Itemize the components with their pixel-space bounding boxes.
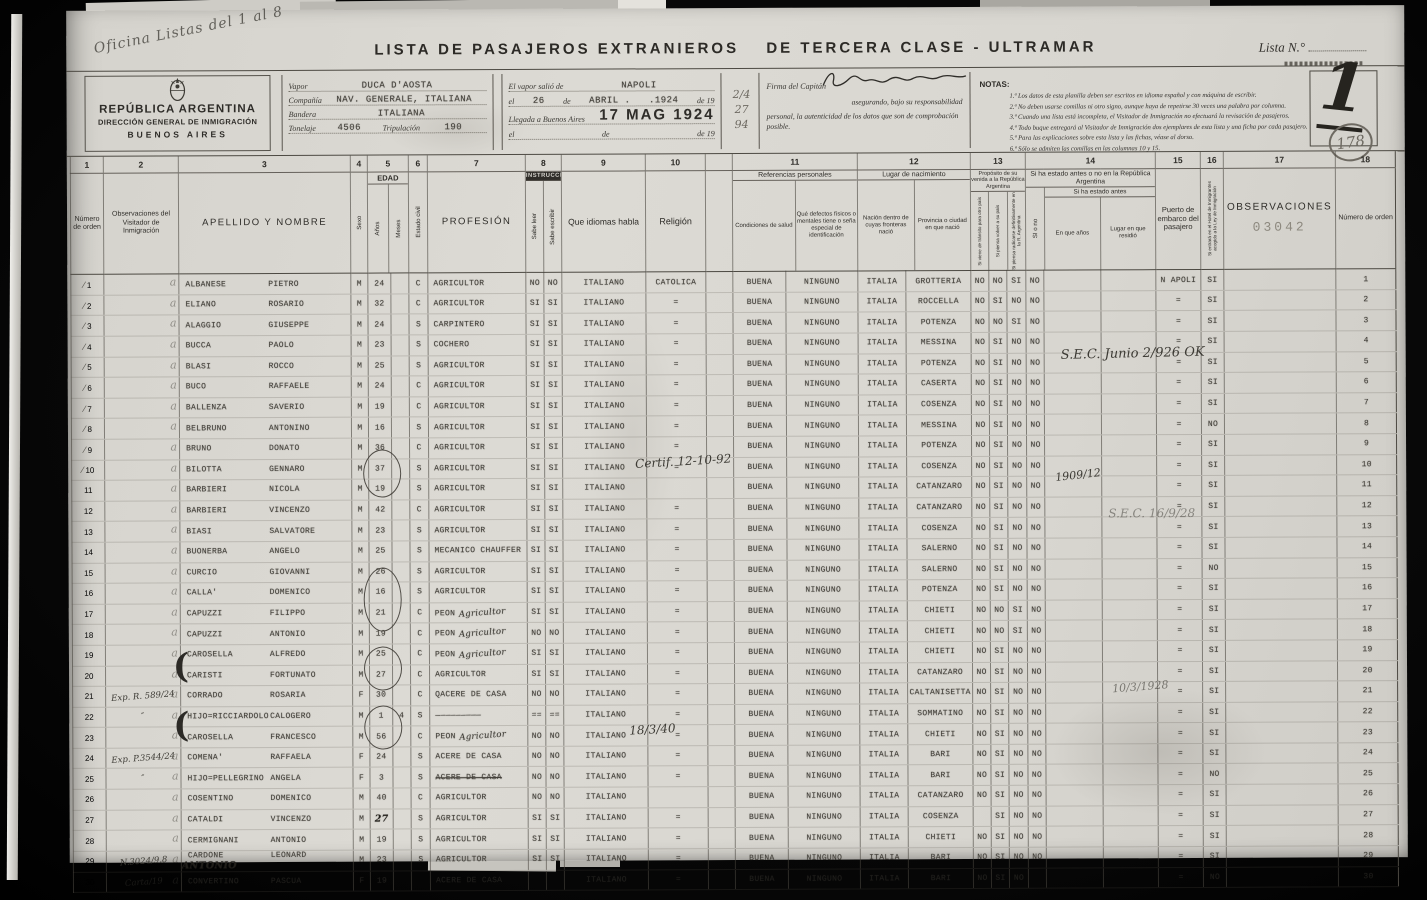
cell-hotel-flag: SI [1201, 331, 1224, 352]
cell-age-months [391, 273, 409, 294]
cell-transit-flag: NO [973, 744, 991, 765]
cell-civil-status: C [410, 500, 429, 521]
cell-prior-place [1101, 270, 1156, 291]
cell-nation: ITALIA [859, 642, 907, 663]
cell-visitor-observations: a [105, 583, 180, 604]
cell-settle-flag: NO [1009, 826, 1028, 847]
cell-profession: AGRICULTOR [430, 664, 528, 685]
cell-been-before-flag: NO [1027, 538, 1045, 559]
cell-been-before-flag: NO [1027, 641, 1045, 662]
cell-nation: ITALIA [859, 518, 907, 539]
cell-blank [707, 560, 734, 581]
cell-settle-flag: SI [1007, 270, 1026, 291]
cell-province: CHIETI [908, 827, 973, 848]
cell-visitor-observations: ″a [106, 768, 181, 789]
cell-religion: = [647, 457, 707, 478]
cell-writes: SI [546, 849, 564, 870]
cell-reads: SI [527, 478, 545, 499]
cell-health: BUENA [734, 436, 787, 457]
cell-writes: SI [545, 561, 563, 582]
cell-civil-status: S [410, 582, 429, 603]
cell-visitor-observations: Exp. P.3544/24a [106, 748, 181, 769]
salio-label: El vapor salió de [508, 82, 563, 91]
salio-year: .1924 [649, 95, 679, 105]
cell-profession: AGRICULTOR [430, 829, 528, 850]
cell-embarkation-port: = [1156, 352, 1201, 373]
cell-religion: = [648, 746, 708, 767]
cell-been-before-flag: NO [1027, 497, 1045, 518]
cell-settle-flag: NO [1009, 785, 1028, 806]
cell-observations [1224, 372, 1336, 393]
cell-civil-status: C [411, 685, 430, 706]
cell-defects: NINGUNO [786, 271, 858, 292]
cell-religion: = [648, 704, 708, 725]
header-lugar-nacimiento-group: Lugar de nacimiento Nación dentro de cuy… [858, 170, 970, 271]
cell-defects: NINGUNO [786, 333, 858, 354]
cell-profession: AGRICULTOR [428, 396, 526, 417]
cell-observations [1224, 393, 1336, 414]
cell-order-number: 30 [73, 872, 106, 893]
cell-observations [1226, 702, 1338, 723]
cell-profession: AGRICULTOR [429, 561, 527, 582]
cell-order-number: ∕3 [71, 316, 104, 337]
cell-prior-place [1101, 414, 1156, 435]
cell-sex: M [352, 603, 369, 624]
cell-religion: = [647, 437, 707, 458]
cell-reads: SI [528, 829, 546, 850]
cell-defects: NINGUNO [786, 415, 858, 436]
captain-box: Firma del Capitán asegurando, bajo su re… [758, 72, 970, 149]
cell-nation: ITALIA [859, 498, 907, 519]
cell-hotel-flag: SI [1202, 517, 1225, 538]
cell-province: BARI [908, 744, 973, 765]
cell-return-flag: SI [990, 538, 1008, 559]
cell-age-years: 19 [370, 829, 393, 850]
cell-profession: AGRICULTOR [429, 582, 527, 603]
cell-return-flag: SI [990, 456, 1008, 477]
cell-age-years: 19 [370, 871, 393, 892]
cell-embarkation-port: = [1157, 496, 1202, 517]
cell-been-before-flag: NO [1027, 600, 1045, 621]
cell-writes: SI [545, 581, 563, 602]
cell-age-years: 23 [369, 520, 392, 541]
cell-name: ALBANESEPIETRO [179, 273, 351, 294]
cell-prior-place [1102, 538, 1157, 559]
cell-visitor-observations: a [104, 295, 179, 316]
cell-age-years: 27 [370, 809, 393, 830]
cell-civil-status: C [410, 438, 429, 459]
cell-language: ITALIANO [563, 437, 647, 458]
cell-sex: M [352, 623, 369, 644]
margin-pencil-numbers: 2/4 27 94 [726, 87, 756, 132]
cell-visitor-observations: a [104, 336, 179, 357]
cell-language: ITALIANO [563, 643, 647, 664]
cell-hotel-flag: SI [1203, 743, 1226, 764]
cell-writes: SI [544, 396, 562, 417]
cell-order-number-right: 15 [1337, 557, 1397, 578]
cell-name: CURCIOGIOVANNI [180, 562, 352, 583]
cell-writes: SI [546, 829, 564, 850]
cell-profession: PEONAgricultor [429, 623, 527, 644]
cell-profession: ACERE DE CASA [430, 746, 528, 767]
cell-order-number: 19 [72, 645, 105, 666]
cell-name: BUCORAFFAELE [179, 376, 351, 397]
cell-hotel-flag: SI [1202, 496, 1225, 517]
cell-age-years: 37 [369, 459, 392, 480]
cell-prior-place [1102, 496, 1157, 517]
cell-blank [708, 745, 735, 766]
cell-health: BUENA [735, 869, 788, 890]
cell-order-number: ∕8 [71, 419, 104, 440]
photo-background: Oficina Listas del 1 al 8 LISTA DE PASAJ… [0, 0, 1427, 900]
cell-health: BUENA [735, 683, 788, 704]
cell-order-number-right: 28 [1338, 825, 1398, 846]
cell-embarkation-port: = [1158, 805, 1203, 826]
cell-province: ROCCELLA [906, 291, 971, 312]
cell-blank [708, 766, 735, 787]
cell-age-years: 30 [370, 685, 393, 706]
cell-order-number: 18 [72, 625, 105, 646]
cell-civil-status: S [410, 458, 429, 479]
cell-reads: SI [527, 437, 545, 458]
cell-age-years: 21 [369, 603, 392, 624]
cell-sex: M [352, 500, 369, 521]
cell-blank [708, 704, 735, 725]
cell-civil-status: C [411, 726, 430, 747]
cell-civil-status: S [411, 767, 430, 788]
cell-order-number-right: 12 [1337, 495, 1397, 516]
cell-writes: SI [545, 520, 563, 541]
cell-prior-place [1102, 558, 1157, 579]
cell-visitor-observations: Exp. R. 589/24a [106, 686, 181, 707]
cell-defects: NINGUNO [786, 292, 858, 313]
cell-visitor-observations: a [105, 604, 180, 625]
cell-order-number-right: 19 [1337, 640, 1397, 661]
cell-profession: COCHERO [428, 334, 526, 355]
cell-name: CATALDIVINCENZO [181, 809, 353, 830]
cell-visitor-observations: a [104, 315, 179, 336]
cell-blank [708, 663, 735, 684]
cell-prior-place [1102, 579, 1157, 600]
cell-profession: AGRICULTOR [428, 273, 526, 294]
cell-province: CATANZARO [908, 662, 973, 683]
cell-civil-status: C [409, 397, 428, 418]
cell-been-before-flag: NO [1026, 415, 1044, 436]
cell-health: BUENA [734, 477, 787, 498]
cell-return-flag: NO [989, 271, 1007, 292]
cell-civil-status: C [409, 376, 428, 397]
cell-reads: SI [526, 355, 544, 376]
cell-age-years: 16 [369, 582, 392, 603]
cell-been-before-flag: NO [1028, 785, 1046, 806]
cell-hotel-flag: NO [1203, 867, 1226, 888]
cell-order-number-right: 20 [1338, 660, 1398, 681]
salio-month: ABRIL . [589, 95, 630, 105]
cell-age-months [391, 397, 409, 418]
cell-age-years: 16 [368, 417, 391, 438]
vapor-value: DUCA D'AOSTA [308, 80, 487, 91]
cell-health: BUENA [734, 622, 787, 643]
cell-nation: ITALIA [859, 477, 907, 498]
cell-return-flag: NO [989, 312, 1007, 333]
cell-order-number: 15 [72, 563, 105, 584]
cell-province: CHIETI [908, 724, 973, 745]
cell-nation: ITALIA [858, 395, 906, 416]
cell-profession: ACERE DE CASA [430, 870, 528, 891]
cell-visitor-observations: N.3024/9.8a [106, 851, 181, 872]
cell-age-months [392, 500, 410, 521]
cell-blank [707, 581, 734, 602]
cell-health: BUENA [734, 580, 787, 601]
cell-defects: NINGUNO [786, 374, 858, 395]
cell-age-years: 40 [370, 788, 393, 809]
cell-civil-status: S [411, 747, 430, 768]
cell-nation: ITALIA [858, 271, 906, 292]
cell-name: COMENA'RAFFAELA [181, 747, 353, 768]
cell-order-number: 22 [73, 707, 106, 728]
cell-defects: NINGUNO [788, 704, 860, 725]
cell-order-number-right: 29 [1338, 845, 1398, 866]
cell-prior-years [1046, 703, 1103, 724]
cell-civil-status: C [410, 603, 429, 624]
cell-health: BUENA [735, 807, 788, 828]
cell-prior-years [1046, 826, 1103, 847]
cell-sex: M [353, 850, 370, 871]
cell-age-months [391, 376, 409, 397]
cell-prior-years [1045, 579, 1102, 600]
handwritten-sheet-number: 1 [1318, 55, 1370, 119]
cell-nation: ITALIA [858, 374, 906, 395]
passenger-manifest-table: 12 34 56 78 910 1112 1314 1516 1718 Núme… [70, 151, 1399, 893]
cell-language: ITALIANO [562, 416, 646, 437]
cell-religion: = [647, 519, 707, 540]
cell-settle-flag: NO [1008, 559, 1027, 580]
cell-writes: SI [546, 664, 564, 685]
cell-blank [706, 375, 733, 396]
cell-province: MESSINA [906, 332, 971, 353]
cell-embarkation-port: = [1158, 785, 1203, 806]
cell-transit-flag: NO [972, 538, 990, 559]
cell-order-number-right: 4 [1336, 331, 1396, 352]
cell-transit-flag: NO [971, 415, 989, 436]
cell-prior-place [1101, 373, 1156, 394]
cell-province: CASERTA [906, 374, 971, 395]
cell-defects: NINGUNO [788, 662, 860, 683]
cell-return-flag: SI [990, 641, 1008, 662]
cell-religion: = [646, 334, 706, 355]
cell-been-before-flag: NO [1028, 682, 1046, 703]
cell-sex: M [353, 726, 370, 747]
cell-age-months [392, 644, 410, 665]
cell-prior-place [1101, 352, 1156, 373]
cell-health: BUENA [733, 272, 786, 293]
nota-item: 4.ª Todo buque entregará al Visitador de… [1010, 122, 1298, 134]
cell-health: BUENA [733, 354, 786, 375]
cell-language: ITALIANO [563, 540, 647, 561]
cell-age-years: 25 [369, 541, 392, 562]
cell-sex: F [353, 685, 370, 706]
cell-province: COSENZA [908, 806, 973, 827]
cell-health: BUENA [735, 663, 788, 684]
cell-writes: NO [546, 726, 564, 747]
cell-province: SALERNO [907, 538, 972, 559]
cell-hotel-flag: SI [1202, 578, 1225, 599]
cell-prior-place [1103, 847, 1158, 868]
cell-blank [706, 334, 733, 355]
cell-sex: M [353, 788, 370, 809]
control-number-stamp: 03042 [1224, 219, 1335, 234]
cell-hotel-flag: SI [1203, 784, 1226, 805]
cell-hotel-flag: SI [1203, 661, 1226, 682]
cell-sex: M [352, 541, 369, 562]
cell-age-months [393, 871, 411, 892]
cell-reads: SI [527, 581, 545, 602]
cell-health: BUENA [733, 416, 786, 437]
cell-sex: M [352, 562, 369, 583]
cell-reads: SI [526, 293, 544, 314]
cell-embarkation-port: = [1158, 846, 1203, 867]
cell-name: BUONERBAANGELO [180, 541, 352, 562]
cell-visitor-observations: a [105, 521, 180, 542]
cell-writes: SI [544, 314, 562, 335]
cell-civil-status: S [409, 355, 428, 376]
cell-language: ITALIANO [564, 870, 648, 891]
cell-embarkation-port: = [1157, 579, 1202, 600]
cell-blank [706, 354, 733, 375]
cell-civil-status: C [411, 664, 430, 685]
cell-nation: ITALIA [860, 683, 908, 704]
cell-reads: SI [527, 458, 545, 479]
cell-health: BUENA [735, 828, 788, 849]
cell-return-flag: SI [990, 579, 1008, 600]
cell-return-flag: SI [991, 868, 1009, 889]
cell-return-flag: NO [990, 600, 1008, 621]
cell-observations [1225, 557, 1337, 578]
cell-language: ITALIANO [563, 457, 647, 478]
cell-hotel-flag: SI [1203, 826, 1226, 847]
cell-language: ITALIANO [563, 519, 647, 540]
cell-been-before-flag: NO [1027, 620, 1045, 641]
cell-language: ITALIANO [563, 499, 647, 520]
cell-prior-place [1101, 290, 1156, 311]
cell-religion: CATOLICA [646, 272, 706, 293]
cell-sex: M [352, 459, 369, 480]
cell-settle-flag: NO [1007, 332, 1026, 353]
cell-blank [706, 313, 733, 334]
passenger-rows: ∕1aALBANESEPIETROM24CAGRICULTORNONOITALI… [71, 269, 1399, 893]
cell-civil-status: S [410, 520, 429, 541]
tonelaje-value: 4506 [316, 123, 383, 133]
cell-prior-years [1045, 497, 1102, 518]
cell-age-months [391, 335, 409, 356]
document-page: Oficina Listas del 1 al 8 LISTA DE PASAJ… [66, 5, 1408, 863]
cell-order-number: 26 [73, 789, 106, 810]
cell-profession: AGRICULTOR [429, 479, 527, 500]
cell-blank [708, 684, 735, 705]
cell-prior-place [1101, 332, 1156, 353]
cell-health: BUENA [735, 766, 788, 787]
cell-been-before-flag: NO [1027, 476, 1045, 497]
header-condiciones-salud: Condiciones de salud [734, 222, 793, 229]
cell-observations [1225, 434, 1337, 455]
cell-profession: PEONAgricultor [429, 643, 527, 664]
cell-province: GROTTERIA [906, 271, 971, 292]
cell-sex: M [352, 644, 369, 665]
cell-embarkation-port: = [1156, 393, 1201, 414]
page-title-secondary: DE TERCERA CLASE - ULTRAMAR [766, 38, 1096, 56]
cell-language: ITALIANO [564, 766, 648, 787]
cell-writes [546, 870, 564, 891]
cell-been-before-flag: NO [1028, 703, 1046, 724]
cell-age-years: 23 [368, 335, 391, 356]
cell-reads: SI [526, 314, 544, 335]
cell-profession: AGRICULTOR [429, 499, 527, 520]
cell-nation: ITALIA [860, 703, 908, 724]
cell-observations [1226, 722, 1338, 743]
cell-profession: AGRICULTOR [429, 437, 527, 458]
cell-transit-flag: NO [972, 435, 990, 456]
form-header: REPÚBLICA ARGENTINA DIRECCIÓN GENERAL DE… [66, 65, 1404, 157]
cell-prior-years [1044, 394, 1101, 415]
cell-age-months: 4 [393, 706, 411, 727]
cell-settle-flag: NO [1008, 435, 1027, 456]
cell-prior-years [1045, 558, 1102, 579]
cell-visitor-observations: a [106, 665, 181, 686]
cell-observations [1226, 784, 1338, 805]
cell-language: ITALIANO [564, 705, 648, 726]
cell-hotel-flag: SI [1201, 393, 1224, 414]
cell-province: POTENZA [907, 435, 972, 456]
llegada-label: Llegada a Buenos Aires [509, 115, 585, 124]
cell-language: ITALIANO [564, 684, 648, 705]
cell-order-number: ∕5 [71, 357, 104, 378]
cell-reads: NO [528, 726, 546, 747]
cell-prior-place [1103, 826, 1158, 847]
header-provincia: Provincia o ciudad en que nació [915, 218, 971, 232]
cell-blank [708, 725, 735, 746]
cell-writes: NO [546, 787, 564, 808]
cell-name: CARDONELEONARDANTONIO [181, 850, 353, 872]
cell-profession: AGRICULTOR [428, 417, 526, 438]
cell-transit-flag: NO [973, 662, 991, 683]
cell-sex: M [351, 335, 368, 356]
cell-prior-years [1045, 641, 1102, 662]
cell-language: ITALIANO [562, 313, 646, 334]
header-apellido-nombre: APELLIDO Y NOMBRE [179, 218, 350, 229]
cell-civil-status: S [410, 561, 429, 582]
nota-item: 1.ª Los datos de esta planilla deben ser… [1010, 91, 1298, 103]
cell-been-before-flag: NO [1026, 373, 1044, 394]
cell-name: CERMIGNANIANTONIO [181, 829, 353, 850]
cell-prior-place [1102, 620, 1157, 641]
cell-visitor-observations: ″a [106, 707, 181, 728]
cell-name: BRUNODONATO [180, 438, 352, 459]
cell-blank [707, 642, 734, 663]
cell-civil-status: S [411, 850, 430, 871]
cell-hotel-flag: SI [1202, 640, 1225, 661]
cell-profession: AGRICULTOR [430, 787, 528, 808]
cell-age-months [391, 314, 409, 335]
cell-settle-flag: NO [1008, 476, 1027, 497]
cell-nation: ITALIA [860, 662, 908, 683]
cell-age-months [393, 747, 411, 768]
cell-return-flag: SI [990, 518, 1008, 539]
cell-observations [1224, 413, 1336, 434]
cell-order-number-right: 9 [1337, 434, 1397, 455]
cell-nation: ITALIA [859, 580, 907, 601]
cell-reads: SI [526, 396, 544, 417]
cell-prior-years [1044, 291, 1101, 312]
